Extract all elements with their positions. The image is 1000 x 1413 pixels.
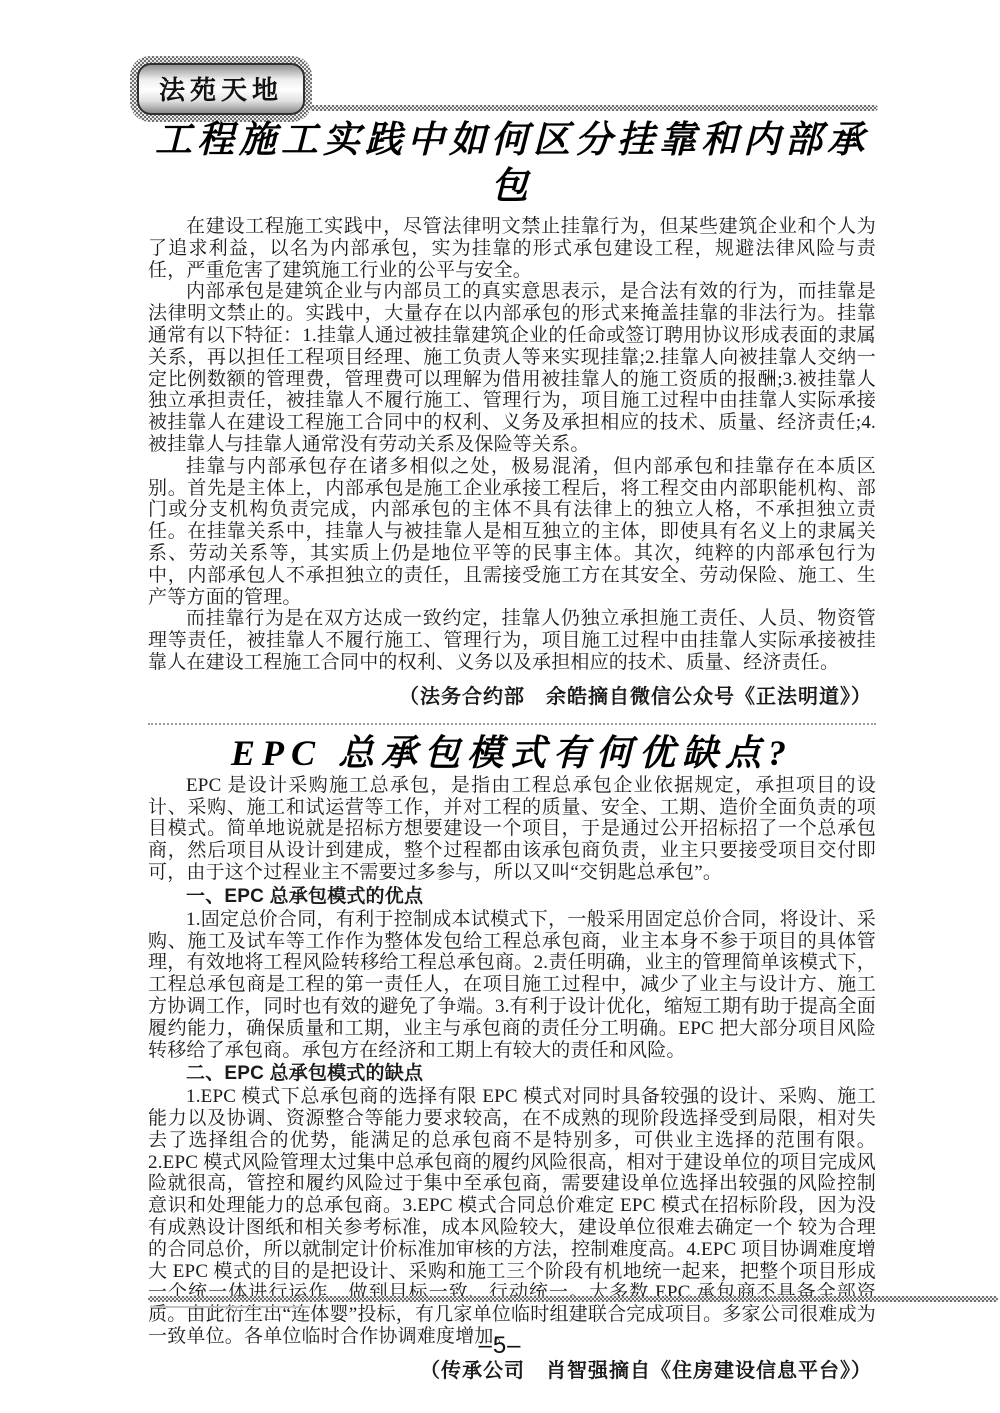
article-1-attribution: （法务合约部 余皓摘自微信公众号《正法明道》） bbox=[148, 680, 876, 709]
newsletter-page: 法苑天地 工程施工实践中如何区分挂靠和内部承包 在建设工程施工实践中，尽管法律明… bbox=[0, 0, 1000, 1413]
disadvantages-paragraph: 1.EPC 模式下总承包商的选择有限 EPC 模式对同时具备较强的设计、采购、施… bbox=[148, 1086, 876, 1348]
page-content: 工程施工实践中如何区分挂靠和内部承包 在建设工程施工实践中，尽管法律明文禁止挂靠… bbox=[148, 112, 876, 1383]
article-1-body: 在建设工程施工实践中，尽管法律明文禁止挂靠行为，但某些建筑企业和个人为了追求利益… bbox=[148, 216, 876, 674]
advantages-paragraph: 1.固定总价合同，有利于控制成本试模式下，一般采用固定总价合同，将设计、采购、施… bbox=[148, 909, 876, 1062]
article-1-paragraph-4: 而挂靠行为是在双方达成一致约定，挂靠人仍独立承担施工责任、人员、物资管理等责任，… bbox=[148, 608, 876, 673]
article-1-paragraph-1: 在建设工程施工实践中，尽管法律明文禁止挂靠行为，但某些建筑企业和个人为了追求利益… bbox=[148, 216, 876, 281]
page-number: –5– bbox=[0, 1332, 1000, 1360]
section-badge-label: 法苑天地 bbox=[159, 75, 283, 105]
header-rule bbox=[278, 105, 878, 111]
footer-rule bbox=[148, 1296, 998, 1302]
page-header: 法苑天地 bbox=[130, 56, 878, 116]
disadvantages-heading: 二、EPC 总承包模式的缺点 bbox=[148, 1062, 876, 1085]
article-1-title: 工程施工实践中如何区分挂靠和内部承包 bbox=[148, 112, 876, 210]
article-2-title: EPC 总承包模式有何优缺点? bbox=[148, 731, 876, 775]
article-1: 工程施工实践中如何区分挂靠和内部承包 在建设工程施工实践中，尽管法律明文禁止挂靠… bbox=[148, 112, 876, 709]
article-2: EPC 总承包模式有何优缺点? EPC 是设计采购施工总承包，是指由工程总承包企… bbox=[148, 731, 876, 1383]
section-badge-capsule: 法苑天地 bbox=[137, 63, 305, 115]
article-divider bbox=[148, 723, 876, 725]
article-1-paragraph-2: 内部承包是建筑企业与内部员工的真实意思表示，是合法有效的行为，而挂靠是法律明文禁… bbox=[148, 281, 876, 455]
article-2-body: EPC 是设计采购施工总承包，是指由工程总承包企业依据规定，承担项目的设计、采购… bbox=[148, 775, 876, 1348]
footer-rule-thin bbox=[150, 1306, 310, 1308]
article-1-paragraph-3: 挂靠与内部承包存在诸多相似之处，极易混淆，但内部承包和挂靠存在本质区别。首先是主… bbox=[148, 456, 876, 609]
article-2-intro-paragraph: EPC 是设计采购施工总承包，是指由工程总承包企业依据规定，承担项目的设计、采购… bbox=[148, 775, 876, 884]
advantages-heading: 一、EPC 总承包模式的优点 bbox=[148, 885, 876, 908]
